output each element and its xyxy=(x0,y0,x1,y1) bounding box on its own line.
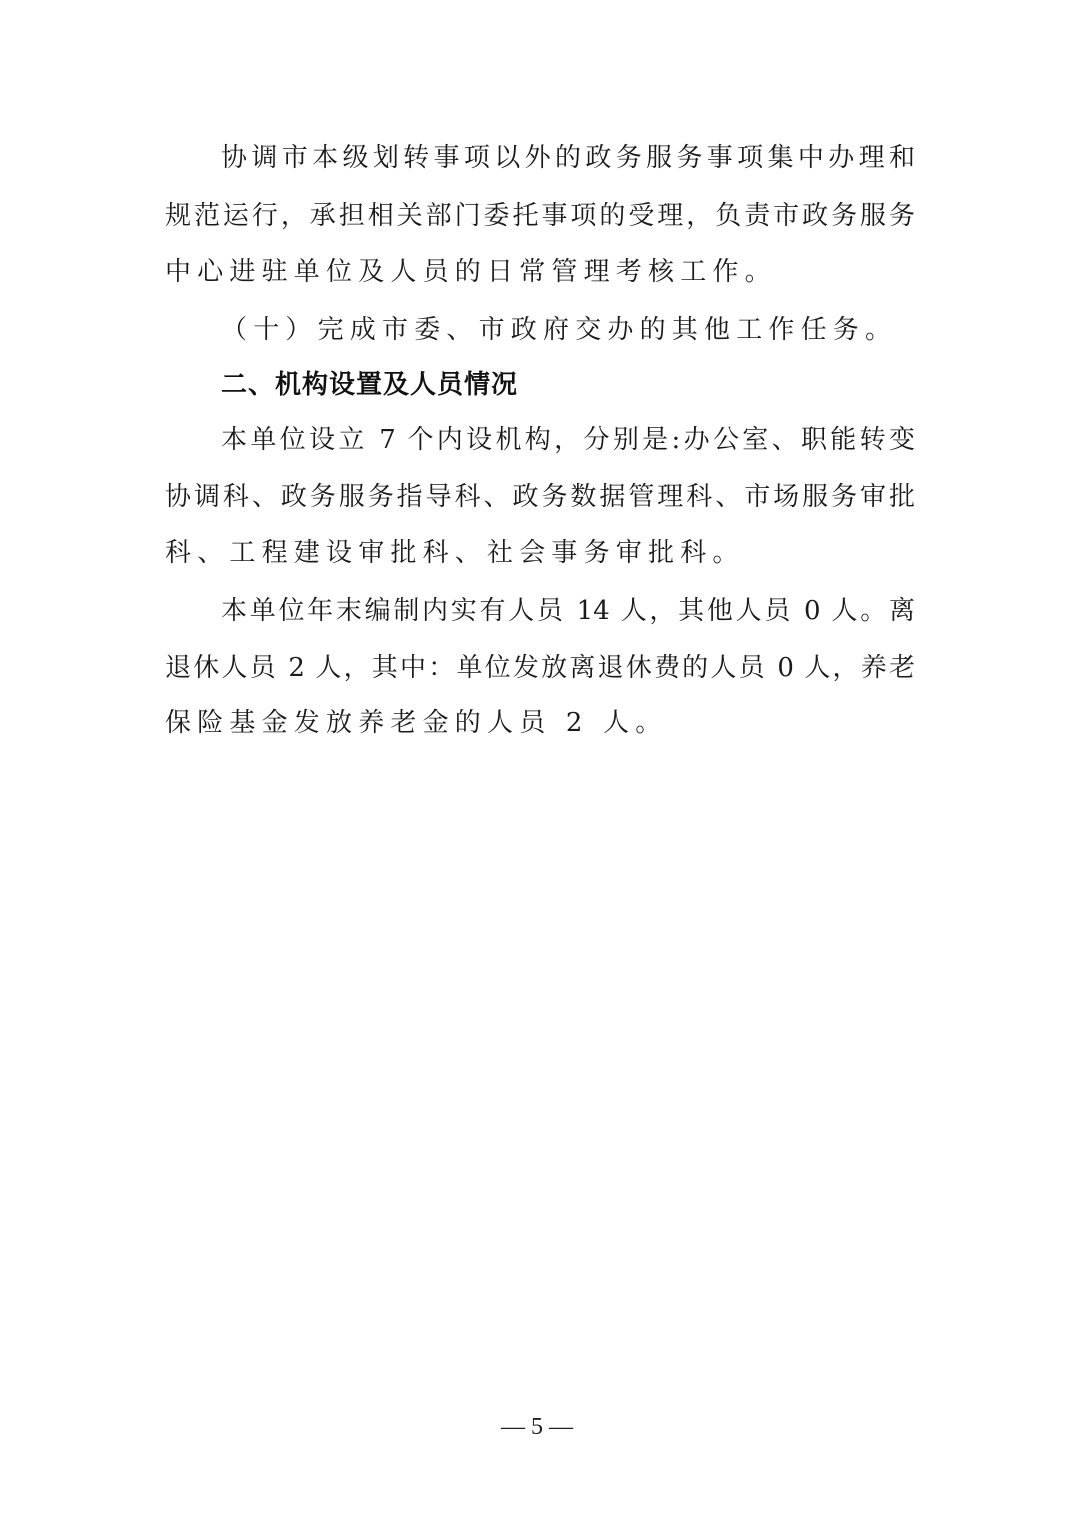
paragraph-4-line-2: 退休人员 2 人，其中：单位发放离退休费的人员 0 人，养老 xyxy=(165,653,915,683)
paragraph-3-line-1: 本单位设立 7 个内设机构，分别是:办公室、职能转变 xyxy=(221,425,915,455)
paragraph-4-line-1: 本单位年末编制内实有人员 14 人，其他人员 0 人。离 xyxy=(221,596,915,626)
section-heading: 二、机构设置及人员情况 xyxy=(221,370,518,400)
paragraph-1-line-3: 中心进驻单位及人员的日常管理考核工作。 xyxy=(165,257,915,287)
paragraph-1-line-2: 规范运行，承担相关部门委托事项的受理，负责市政务服务 xyxy=(165,201,915,231)
paragraph-3-line-3: 科、工程建设审批科、社会事务审批科。 xyxy=(165,538,915,568)
page-number: — 5 — xyxy=(0,1413,1074,1441)
paragraph-3-line-2: 协调科、政务服务指导科、政务数据管理科、市场服务审批 xyxy=(165,482,915,512)
paragraph-1-line-1: 协调市本级划转事项以外的政务服务事项集中办理和 xyxy=(221,143,915,173)
paragraph-2-line-1: （十）完成市委、市政府交办的其他工作任务。 xyxy=(221,315,915,345)
paragraph-4-line-3: 保险基金发放养老金的人员 2 人。 xyxy=(165,708,915,738)
document-page: 协调市本级划转事项以外的政务服务事项集中办理和 规范运行，承担相关部门委托事项的… xyxy=(0,0,1074,1520)
